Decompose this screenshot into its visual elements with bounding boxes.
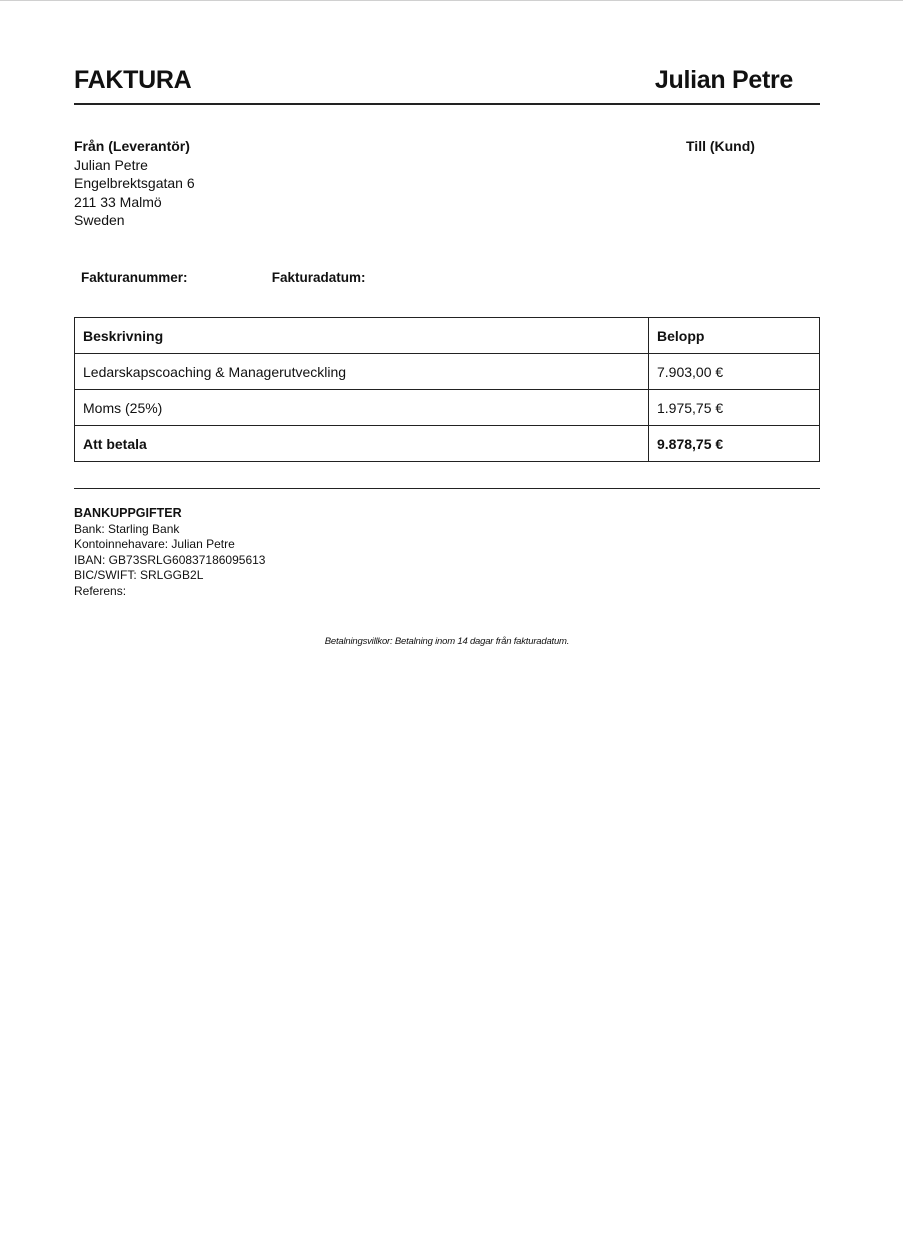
table-header-row: Beskrivning Belopp	[75, 318, 820, 354]
customer-block: Till (Kund)	[686, 137, 755, 156]
total-amount: 9.878,75 €	[649, 426, 820, 462]
supplier-block: Från (Leverantör) Julian Petre Engelbrek…	[74, 137, 195, 230]
supplier-country: Sweden	[74, 211, 195, 230]
invoice-date-field: Fakturadatum:	[272, 270, 370, 285]
section-divider	[74, 488, 820, 489]
row-amount: 1.975,75 €	[649, 390, 820, 426]
payment-terms: Betalningsvillkor: Betalning inom 14 dag…	[74, 636, 820, 647]
invoice-date-label: Fakturadatum:	[272, 270, 366, 285]
invoice-number-label: Fakturanummer:	[81, 270, 188, 285]
bank-details: BANKUPPGIFTER Bank: Starling Bank Kontoi…	[74, 506, 265, 599]
row-description: Ledarskapscoaching & Managerutveckling	[75, 354, 649, 390]
supplier-label: Från (Leverantör)	[74, 137, 195, 156]
column-header-amount: Belopp	[649, 318, 820, 354]
table-row: Ledarskapscoaching & Managerutveckling 7…	[75, 354, 820, 390]
row-amount: 7.903,00 €	[649, 354, 820, 390]
supplier-city: 211 33 Malmö	[74, 193, 195, 212]
supplier-street: Engelbrektsgatan 6	[74, 174, 195, 193]
total-row: Att betala 9.878,75 €	[75, 426, 820, 462]
customer-label: Till (Kund)	[686, 137, 755, 156]
line-items-table: Beskrivning Belopp Ledarskapscoaching & …	[74, 317, 820, 462]
payment-reference: Referens:	[74, 584, 265, 600]
iban: IBAN: GB73SRLG60837186095613	[74, 553, 265, 569]
invoice-header: FAKTURA Julian Petre	[74, 63, 820, 105]
company-name: Julian Petre	[655, 66, 793, 95]
bic-swift: BIC/SWIFT: SRLGGB2L	[74, 568, 265, 584]
invoice-number-field: Fakturanummer:	[81, 270, 268, 285]
total-label: Att betala	[75, 426, 649, 462]
column-header-description: Beskrivning	[75, 318, 649, 354]
invoice-meta: Fakturanummer: Fakturadatum:	[81, 270, 369, 285]
row-description: Moms (25%)	[75, 390, 649, 426]
supplier-name: Julian Petre	[74, 156, 195, 175]
account-holder: Kontoinnehavare: Julian Petre	[74, 537, 265, 553]
bank-details-label: BANKUPPGIFTER	[74, 506, 265, 522]
bank-name: Bank: Starling Bank	[74, 522, 265, 538]
invoice-title: FAKTURA	[74, 66, 191, 95]
table-row: Moms (25%) 1.975,75 €	[75, 390, 820, 426]
